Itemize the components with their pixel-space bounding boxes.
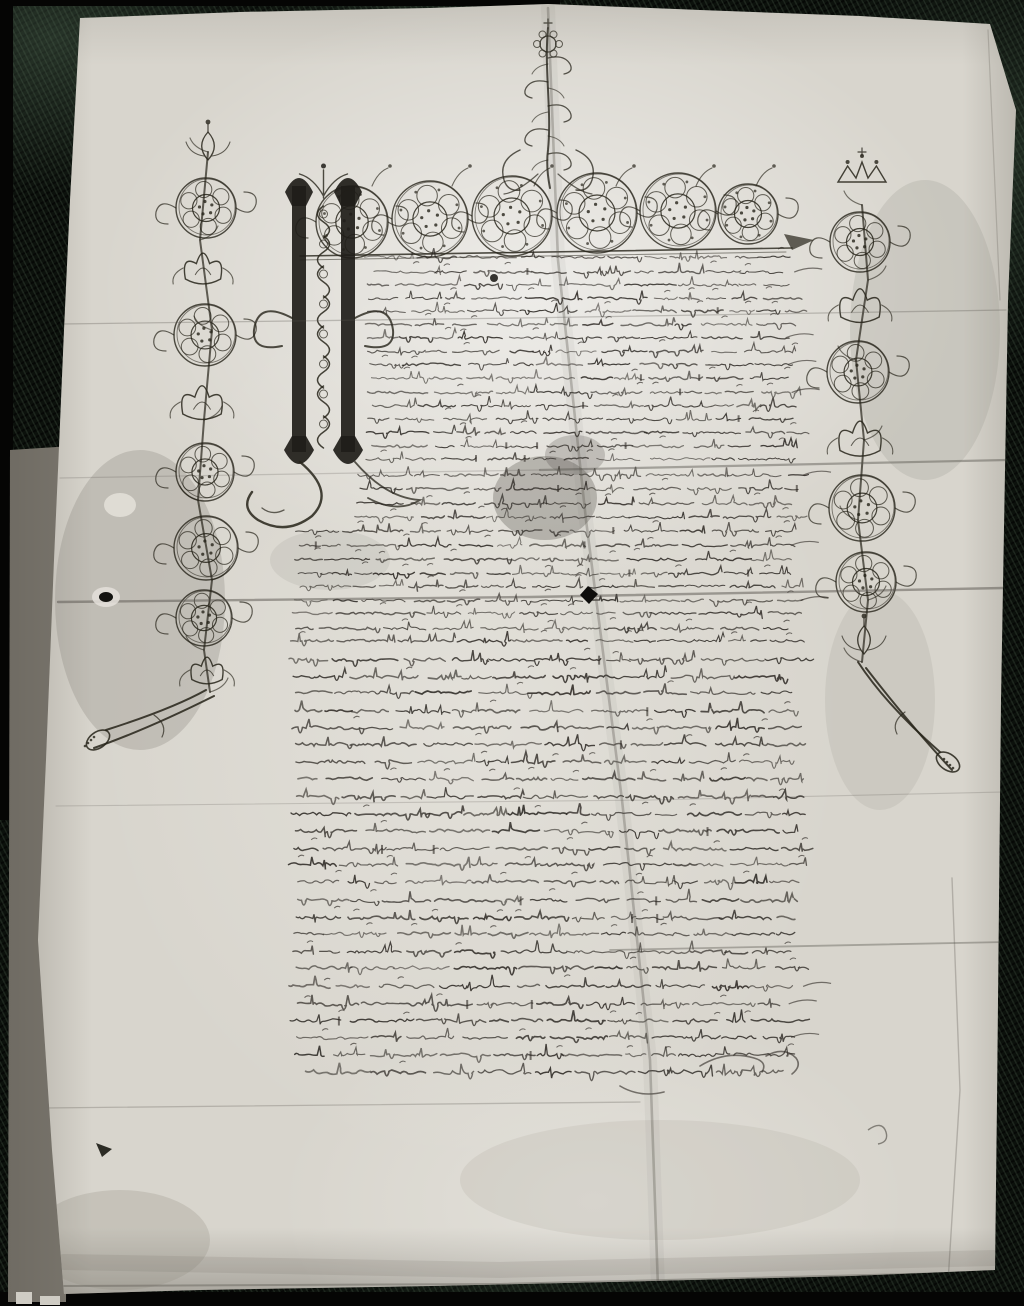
black-edge-top: [0, 0, 560, 6]
paper-fragment: [40, 1296, 60, 1305]
paper-surface: [0, 0, 1024, 1306]
photograph: [0, 0, 1024, 1306]
paper-sheet: [0, 0, 1024, 1306]
paper-fragment: [16, 1292, 32, 1304]
black-edge-bottom: [0, 1292, 1024, 1306]
